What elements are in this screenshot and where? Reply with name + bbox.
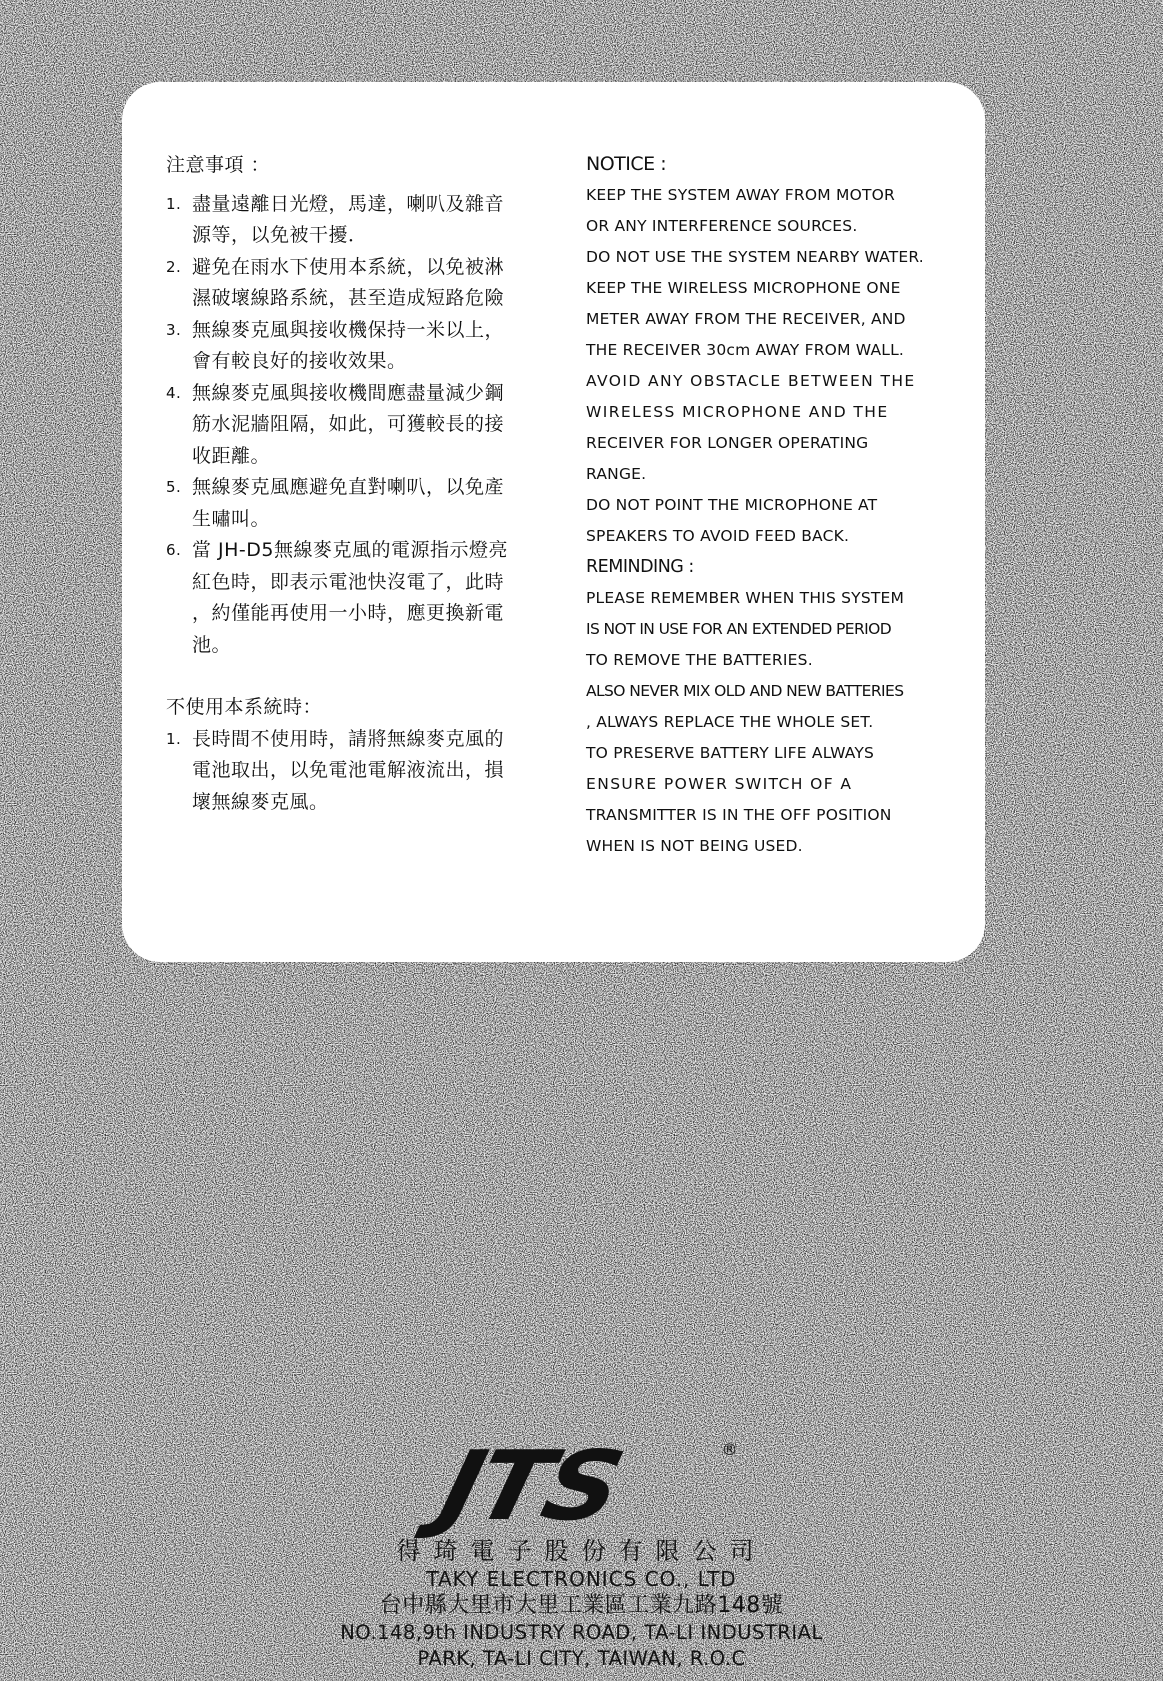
notice-en-line: THE RECEIVER 30cm AWAY FROM WALL. [586, 335, 931, 366]
not-in-use-zh-list: 1. 長時間不使用時，請將無線麥克風的 電池取出，以免電池電解液流出，損 壞無線… [166, 724, 536, 819]
item-line: 池。 [192, 630, 536, 662]
item-number: 3. [166, 315, 181, 347]
company-footer: JTS ® 得琦電子股份有限公司 TAKY ELECTRONICS CO., L… [0, 1430, 1163, 1672]
reminding-en-line: ALSO NEVER MIX OLD AND NEW BATTERIES [586, 676, 931, 707]
reminding-en-line: TRANSMITTER IS IN THE OFF POSITION [586, 800, 931, 831]
notice-zh-column: 注意事項 ： 1. 盡量遠離日光燈，馬達，喇叭及雜音 源等，以免被干擾． 2. … [166, 150, 536, 818]
item-line: 當 JH-D5無線麥克風的電源指示燈亮 [192, 535, 536, 567]
jts-logo-text: JTS [432, 1442, 627, 1530]
item-number: 4. [166, 378, 181, 410]
item-line: ，約僅能再使用一小時，應更換新電 [192, 598, 536, 630]
item-line: 長時間不使用時，請將無線麥克風的 [192, 724, 536, 756]
item-line: 濕破壞線路系統，甚至造成短路危險 [192, 283, 536, 315]
address-zh: 台中縣大里市大里工業區工業九路148號 [0, 1592, 1163, 1620]
item-number: 6. [166, 535, 181, 567]
item-line: 無線麥克風與接收機保持一米以上， [192, 315, 536, 347]
item-number: 1. [166, 724, 181, 756]
item-line: 會有較良好的接收效果。 [192, 346, 536, 378]
notice-zh-item: 6. 當 JH-D5無線麥克風的電源指示燈亮 紅色時，即表示電池快沒電了，此時 … [166, 535, 536, 661]
item-number: 1. [166, 189, 181, 221]
item-line: 避免在雨水下使用本系統，以免被淋 [192, 252, 536, 284]
item-line: 生嘯叫。 [192, 504, 536, 536]
not-in-use-zh-item: 1. 長時間不使用時，請將無線麥克風的 電池取出，以免電池電解液流出，損 壞無線… [166, 724, 536, 819]
reminding-en-line: TO PRESERVE BATTERY LIFE ALWAYS [586, 738, 931, 769]
notice-zh-list: 1. 盡量遠離日光燈，馬達，喇叭及雜音 源等，以免被干擾． 2. 避免在雨水下使… [166, 189, 536, 662]
address-en-line2: PARK, TA-LI CITY, TAIWAN, R.O.C [0, 1646, 1163, 1672]
notice-zh-item: 5. 無線麥克風應避免直對喇叭，以免產 生嘯叫。 [166, 472, 536, 535]
notice-en-line: KEEP THE SYSTEM AWAY FROM MOTOR [586, 180, 931, 211]
item-number: 5. [166, 472, 181, 504]
reminding-en-line: PLEASE REMEMBER WHEN THIS SYSTEM [586, 583, 931, 614]
reminding-en-heading: REMINDING : [586, 552, 931, 583]
address-en-line1: NO.148,9th INDUSTRY ROAD, TA-LI INDUSTRI… [0, 1620, 1163, 1646]
not-in-use-zh-heading: 不使用本系統時： [166, 692, 536, 724]
reminding-en-line: IS NOT IN USE FOR AN EXTENDED PERIOD [586, 614, 931, 645]
item-line: 筋水泥牆阻隔，如此，可獲較長的接 [192, 409, 536, 441]
notice-en-line: KEEP THE WIRELESS MICROPHONE ONE [586, 273, 931, 304]
company-name-en: TAKY ELECTRONICS CO., LTD [0, 1566, 1163, 1592]
item-line: 無線麥克風應避免直對喇叭，以免產 [192, 472, 536, 504]
notice-en-line: DO NOT POINT THE MICROPHONE AT [586, 490, 931, 521]
brand-logo: JTS ® [432, 1430, 732, 1530]
reminding-en-line: TO REMOVE THE BATTERIES. [586, 645, 931, 676]
notice-en-heading: NOTICE : [586, 149, 931, 180]
reminding-en-line: , ALWAYS REPLACE THE WHOLE SET. [586, 707, 931, 738]
notice-zh-item: 4. 無線麥克風與接收機間應盡量減少鋼 筋水泥牆阻隔，如此，可獲較長的接 收距離… [166, 378, 536, 473]
notice-en-line: WIRELESS MICROPHONE AND THE [586, 397, 931, 428]
notice-zh-item: 2. 避免在雨水下使用本系統，以免被淋 濕破壞線路系統，甚至造成短路危險 [166, 252, 536, 315]
item-line: 壞無線麥克風。 [192, 787, 536, 819]
notice-en-line: DO NOT USE THE SYSTEM NEARBY WATER. [586, 242, 931, 273]
notice-en-line: SPEAKERS TO AVOID FEED BACK. [586, 521, 931, 552]
notice-zh-item: 3. 無線麥克風與接收機保持一米以上， 會有較良好的接收效果。 [166, 315, 536, 378]
notice-en-line: AVOID ANY OBSTACLE BETWEEN THE [586, 366, 931, 397]
item-line: 無線麥克風與接收機間應盡量減少鋼 [192, 378, 536, 410]
notice-zh-item: 1. 盡量遠離日光燈，馬達，喇叭及雜音 源等，以免被干擾． [166, 189, 536, 252]
reminding-en-line: WHEN IS NOT BEING USED. [586, 831, 931, 862]
notice-en-column: NOTICE : KEEP THE SYSTEM AWAY FROM MOTOR… [586, 149, 931, 862]
reminding-en-line: ENSURE POWER SWITCH OF A [586, 769, 931, 800]
notice-en-line: RANGE. [586, 459, 931, 490]
item-line: 源等，以免被干擾． [192, 220, 536, 252]
section-gap [166, 661, 536, 692]
notice-zh-heading: 注意事項 ： [166, 150, 536, 182]
item-line: 收距離。 [192, 441, 536, 473]
item-line: 電池取出，以免電池電解液流出，損 [192, 755, 536, 787]
notice-en-line: METER AWAY FROM THE RECEIVER, AND [586, 304, 931, 335]
item-line: 盡量遠離日光燈，馬達，喇叭及雜音 [192, 189, 536, 221]
item-number: 2. [166, 252, 181, 284]
notice-en-line: RECEIVER FOR LONGER OPERATING [586, 428, 931, 459]
item-line: 紅色時，即表示電池快沒電了，此時 [192, 567, 536, 599]
registered-trademark-icon: ® [722, 1440, 738, 1459]
notice-en-line: OR ANY INTERFERENCE SOURCES. [586, 211, 931, 242]
